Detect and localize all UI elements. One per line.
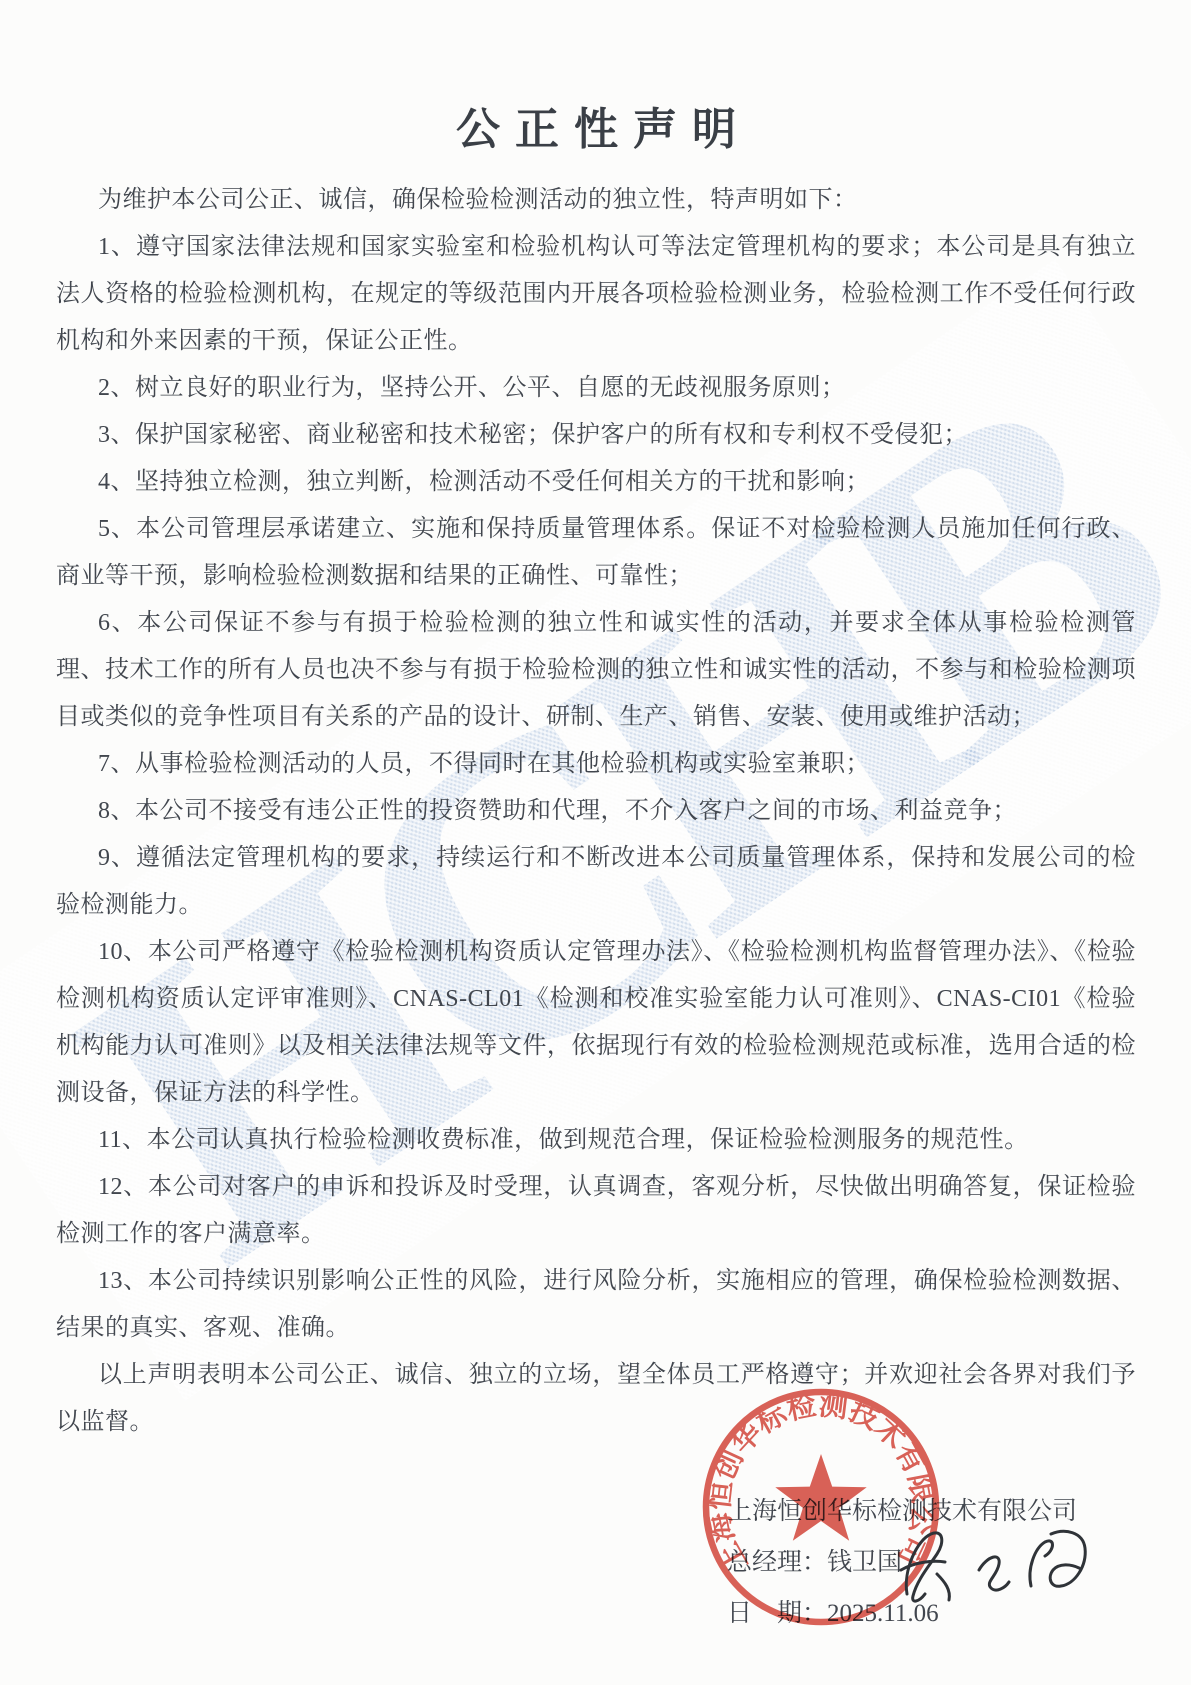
statement-item-3: 3、保护国家秘密、商业秘密和技术秘密；保护客户的所有权和专利权不受侵犯； <box>56 412 1136 459</box>
closing-paragraph: 以上声明表明本公司公正、诚信、独立的立场，望全体员工严格遵守；并欢迎社会各界对我… <box>56 1352 1136 1446</box>
statement-item-12: 12、本公司对客户的申诉和投诉及时受理，认真调查，客观分析，尽快做出明确答复，保… <box>56 1164 1136 1258</box>
statement-item-8: 8、本公司不接受有违公正性的投资赞助和代理，不介入客户之间的市场、利益竞争； <box>56 788 1136 835</box>
scanned-document-page: HCHB 公正性声明 为维护本公司公正、诚信，确保检验检测活动的独立性，特声明如… <box>0 0 1191 1685</box>
statement-item-2: 2、树立良好的职业行为，坚持公开、公平、自愿的无歧视服务原则； <box>56 365 1136 412</box>
handwritten-signature <box>893 1522 1108 1617</box>
statement-item-9: 9、遵循法定管理机构的要求，持续运行和不断改进本公司质量管理体系，保持和发展公司… <box>56 835 1136 929</box>
statement-item-10: 10、本公司严格遵守《检验检测机构资质认定管理办法》、《检验检测机构监督管理办法… <box>56 929 1136 1117</box>
statement-item-11: 11、本公司认真执行检验检测收费标准，做到规范合理，保证检验检测服务的规范性。 <box>56 1117 1136 1164</box>
statement-item-13: 13、本公司持续识别影响公正性的风险，进行风险分析，实施相应的管理，确保检验检测… <box>56 1258 1136 1352</box>
statement-item-6: 6、本公司保证不参与有损于检验检测的独立性和诚实性的活动，并要求全体从事检验检测… <box>56 600 1136 741</box>
intro-paragraph: 为维护本公司公正、诚信，确保检验检测活动的独立性，特声明如下： <box>56 177 1136 224</box>
document-title: 公正性声明 <box>56 100 1136 160</box>
statement-item-1: 1、遵守国家法律法规和国家实验室和检验机构认可等法定管理机构的要求；本公司是具有… <box>56 224 1136 365</box>
document-body: 公正性声明 为维护本公司公正、诚信，确保检验检测活动的独立性，特声明如下： 1、… <box>56 100 1136 1446</box>
statement-item-5: 5、本公司管理层承诺建立、实施和保持质量管理体系。保证不对检验检测人员施加任何行… <box>56 506 1136 600</box>
statement-item-7: 7、从事检验检测活动的人员，不得同时在其他检验机构或实验室兼职； <box>56 741 1136 788</box>
statement-item-4: 4、坚持独立检测，独立判断，检测活动不受任何相关方的干扰和影响； <box>56 459 1136 506</box>
star-icon <box>775 1454 866 1541</box>
